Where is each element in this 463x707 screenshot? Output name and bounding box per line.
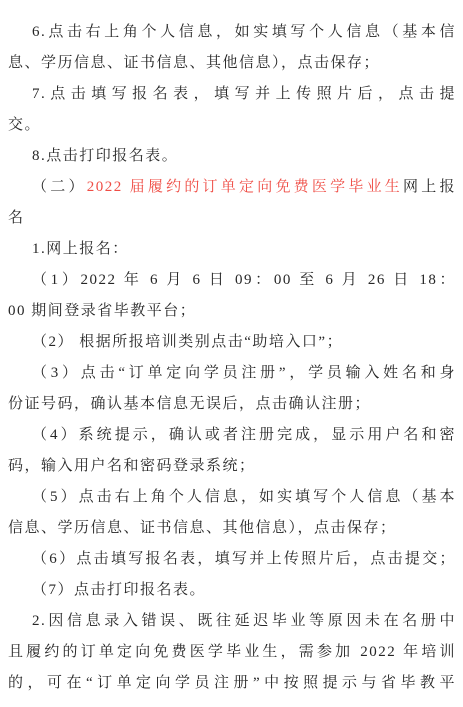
section2-heading-prefix: （二） <box>32 179 87 195</box>
section2-heading-line: （二）2022 届履约的订单定向免费医学毕业生网上报 <box>8 172 456 203</box>
item2-line2: 且履约的订单定向免费医学毕业生，需参加 2022 年培训 <box>8 637 456 668</box>
step6-line2: 息、学历信息、证书信息、其他信息），点击保存； <box>8 48 456 79</box>
sub4-line1: （4）系统提示，确认或者注册完成，显示用户名和密 <box>8 420 456 451</box>
section2-heading-suffix: 网上报 <box>403 179 456 195</box>
item2-line1: 2.因信息录入错误、既往延迟毕业等原因未在名册中 <box>8 606 456 637</box>
item2-line3: 的，可在“订单定向学员注册”中按照提示与省毕教平 <box>8 668 456 699</box>
sub2-line: （2） 根据所报培训类别点击“助培入口”； <box>8 327 456 358</box>
step7-line1: 7.点击填写报名表，填写并上传照片后，点击提 <box>8 79 456 110</box>
sub5-line2: 信息、学历信息、证书信息、其他信息），点击保存； <box>8 513 456 544</box>
sub5-line1: （5）点击右上角个人信息，如实填写个人信息（基本 <box>8 482 456 513</box>
section2-heading-continuation: 名 <box>8 203 456 234</box>
sub7-line: （7）点击打印报名表。 <box>8 575 456 606</box>
section2-heading-highlight: 2022 届履约的订单定向免费医学毕业生 <box>87 179 403 195</box>
sub3-line2: 份证号码，确认基本信息无误后，点击确认注册； <box>8 389 456 420</box>
item1-title-line: 1.网上报名： <box>8 234 456 265</box>
sub1-line1: （1）2022 年 6 月 6 日 09：00 至 6 月 26 日 18： <box>8 265 456 296</box>
step8-line: 8.点击打印报名表。 <box>8 141 456 172</box>
step7-line2: 交。 <box>8 110 456 141</box>
document-page: 6.点击右上角个人信息，如实填写个人信息（基本信 息、学历信息、证书信息、其他信… <box>0 0 463 707</box>
sub4-line2: 码，输入用户名和密码登录系统； <box>8 451 456 482</box>
sub6-line: （6）点击填写报名表，填写并上传照片后，点击提交； <box>8 544 456 575</box>
sub1-line2: 00 期间登录省毕教平台； <box>8 296 456 327</box>
step6-line1: 6.点击右上角个人信息，如实填写个人信息（基本信 <box>8 17 456 48</box>
sub3-line1: （3）点击“订单定向学员注册”，学员输入姓名和身 <box>8 358 456 389</box>
